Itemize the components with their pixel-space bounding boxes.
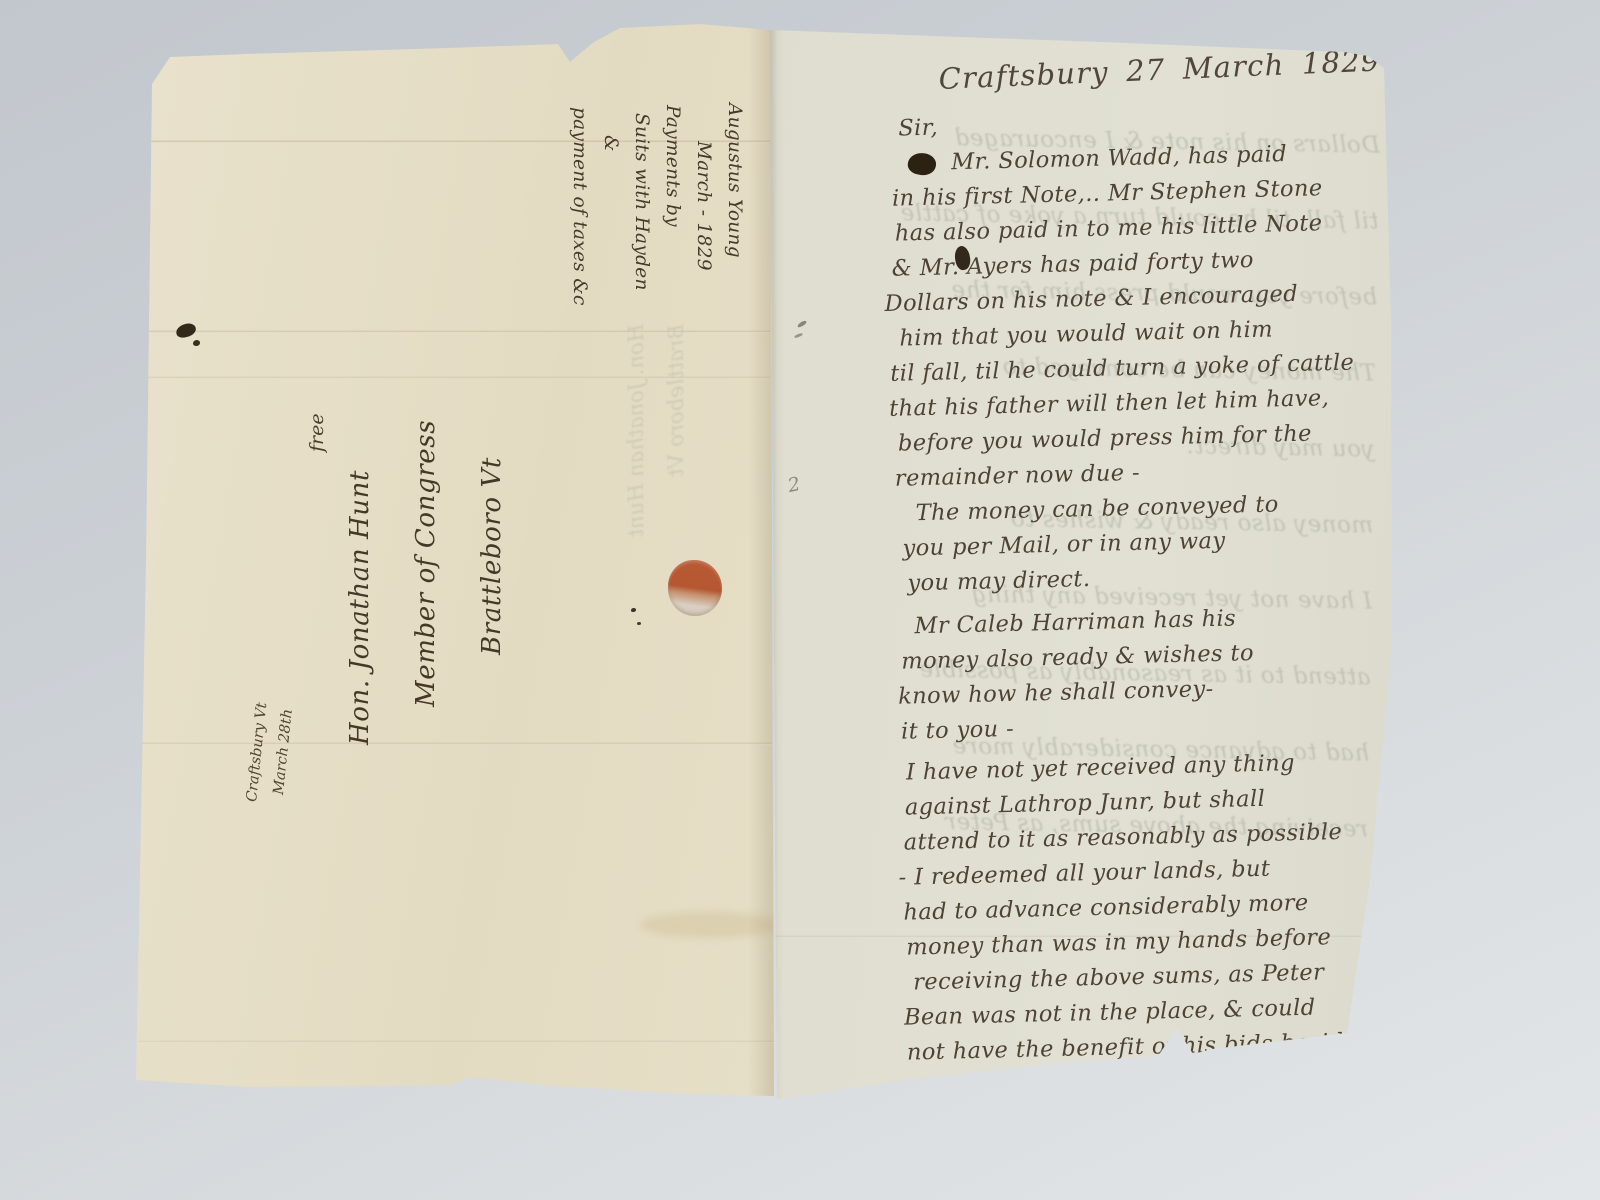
- docket-line: Payments by: [652, 105, 683, 340]
- ink-blot: [175, 322, 198, 339]
- address-line: Brattleboro Vt: [477, 385, 543, 655]
- dateline: Craftsbury 27 March 1829: [938, 43, 1381, 95]
- ink-speck: [631, 608, 636, 612]
- stray-pen-mark: [794, 333, 803, 339]
- docket-line: Suits with Hayden: [621, 113, 652, 340]
- ink-speck: [637, 622, 641, 625]
- docket-line: payment of taxes &c: [559, 107, 590, 340]
- ghost-line: Hon. Jonathan Hunt: [624, 324, 664, 604]
- manuscript-postmark: Craftsbury Vt March 28th: [244, 630, 320, 807]
- docket-block: Augustus Young March - 1829 Payments by …: [553, 103, 745, 340]
- stray-pen-mark: [797, 320, 808, 328]
- address-line: Member of Congress: [411, 385, 477, 707]
- center-fold-shade: [748, 0, 774, 1200]
- fold-crease: [138, 1040, 774, 1043]
- docket-line: &: [590, 135, 621, 340]
- docket-line: Augustus Young: [714, 103, 745, 340]
- address-line: Hon. Jonathan Hunt: [345, 385, 411, 745]
- stray-margin-mark: 2: [786, 473, 802, 497]
- fold-crease: [146, 376, 770, 379]
- photo-backdrop: Hon. Jonathan Hunt Brattleboro Vt August…: [0, 0, 1600, 1200]
- docket-line: March - 1829: [683, 141, 714, 340]
- free-franking-mark: free: [306, 378, 334, 452]
- paper-stain: [640, 912, 780, 938]
- address-block: Hon. Jonathan Hunt Member of Congress Br…: [345, 385, 565, 745]
- ink-blot: [193, 340, 200, 346]
- wax-seal: [668, 560, 722, 616]
